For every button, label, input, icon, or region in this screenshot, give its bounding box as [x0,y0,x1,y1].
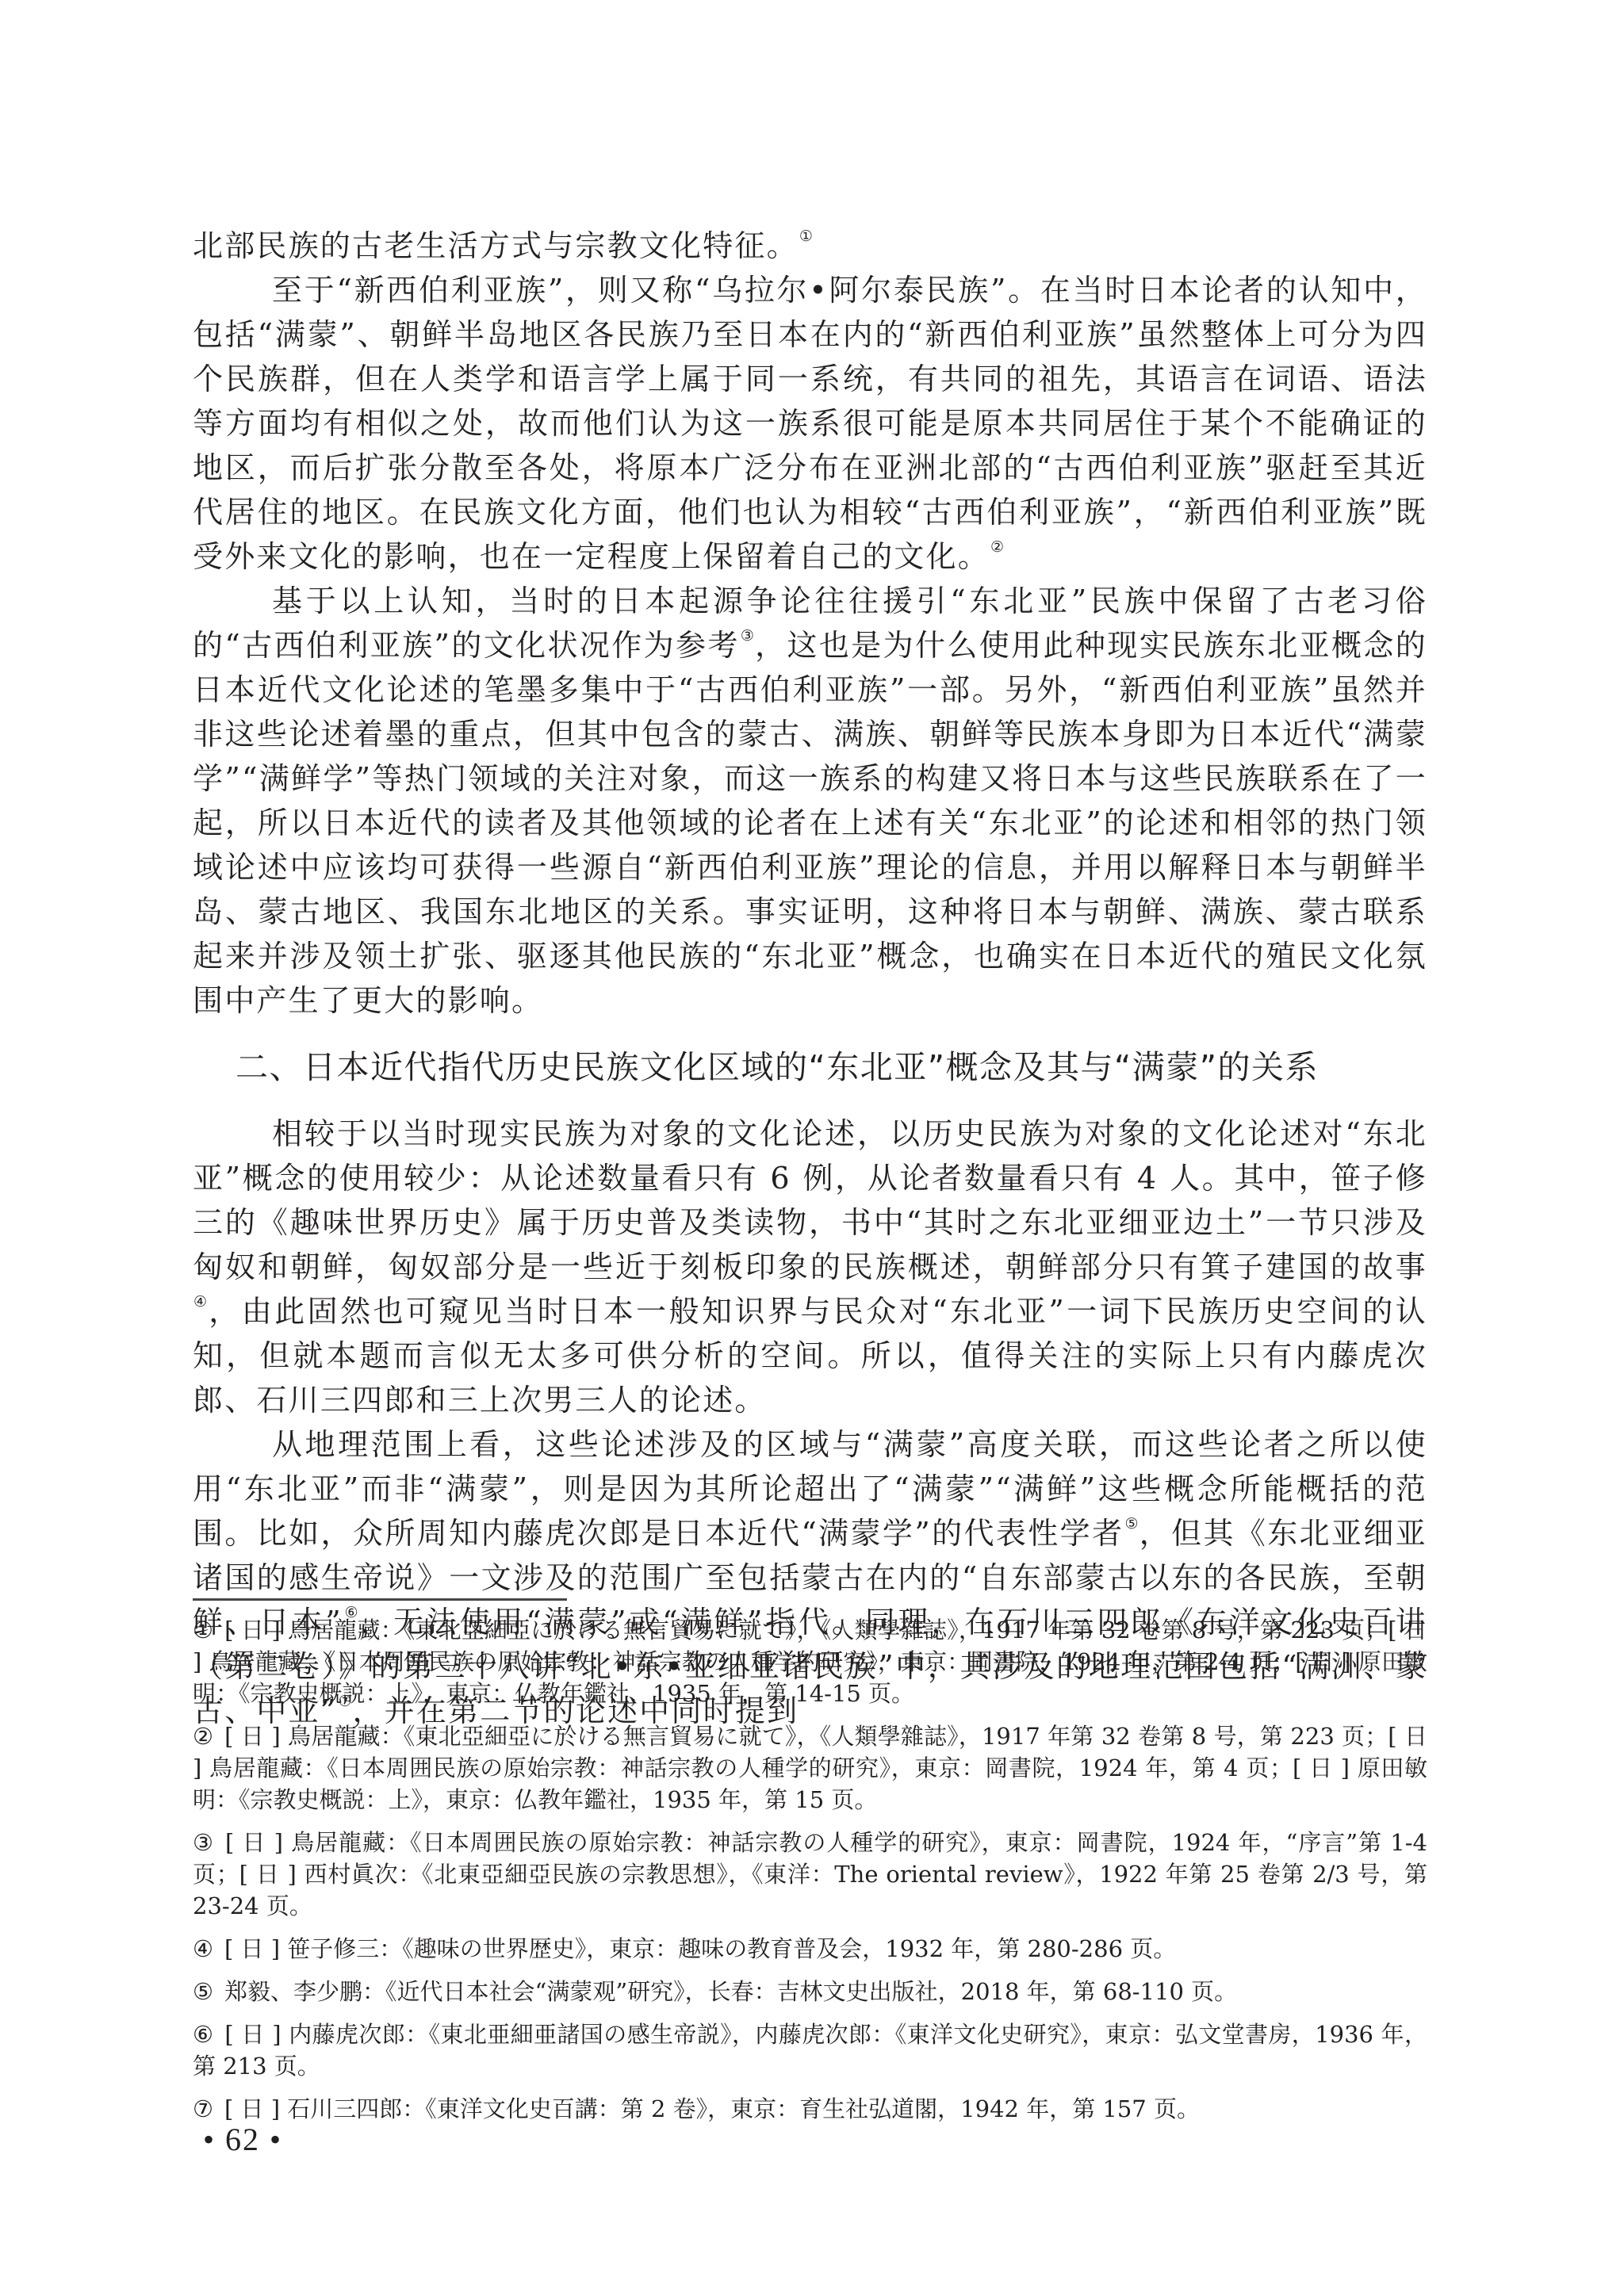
footnote-text: [ 日 ] 笹子修三：《趣味の世界歴史》，東京：趣味の教育普及会，1932 年，… [224,1935,1176,1962]
footnote-ref-4[interactable]: ④ [193,1293,208,1311]
paragraph-text: 至于“新西伯利亚族”，则又称“乌拉尔•阿尔泰民族”。在当时日本论者的认知中，包括… [193,273,1427,574]
paragraph-origin-debate: 基于以上认知，当时的日本起源争论往往援引“东北亚”民族中保留了古老习俗的“古西伯… [193,579,1427,1023]
footnote-ref-1[interactable]: ① [799,228,813,245]
footnote-number: ③ [193,1829,214,1856]
paragraph-text: ，这也是为什么使用此种现实民族东北亚概念的日本近代文化论述的笔墨多集中于“古西伯… [193,628,1427,1018]
footnote-number: ⑤ [193,1978,213,2005]
footnote-ref-3[interactable]: ③ [741,627,754,645]
paragraph-continuation: 北部民族的古老生活方式与宗教文化特征。① [193,224,1427,268]
paragraph-neo-siberian: 至于“新西伯利亚族”，则又称“乌拉尔•阿尔泰民族”。在当时日本论者的认知中，包括… [193,268,1427,579]
article-body: 北部民族的古老生活方式与宗教文化特征。① 至于“新西伯利亚族”，则又称“乌拉尔•… [193,224,1427,1733]
footnote-text: [ 日 ] 鳥居龍藏：《日本周囲民族の原始宗教：神話宗教の人種学的研究》，東京：… [193,1829,1427,1919]
footnote-text: [ 日 ] 鳥居龍藏：《東北亞細亞に於ける無言貿易に就て》，《人類學雜誌》，19… [193,1723,1427,1813]
section-heading: 二、日本近代指代历史民族文化区域的“东北亚”概念及其与“满蒙”的关系 [236,1045,1427,1089]
footnote-number: ⑥ [193,2021,213,2048]
footnote-text: [ 日 ] 鳥居龍藏：《東北亞細亞に於ける無言貿易に就て》，《人類學雜誌》，19… [193,1617,1427,1707]
footnote-6: ⑥[ 日 ] 内藤虎次郎：《東北亜細亜諸国の感生帝説》，内藤虎次郎：《東洋文化史… [193,2019,1427,2082]
paragraph-text: ，由此固然也可窥见当时日本一般知识界与民众对“东北亚”一词下民族历史空间的认知，… [193,1294,1427,1418]
footnote-number: ① [193,1617,213,1644]
paragraph-text: 相较于以当时现实民族为对象的文化论述，以历史民族为对象的文化论述对“东北亚”概念… [193,1116,1427,1284]
footnotes: ①[ 日 ] 鳥居龍藏：《東北亞細亞に於ける無言貿易に就て》，《人類學雜誌》，1… [193,1614,1427,2136]
footnote-separator [193,1598,567,1601]
footnote-number: ② [193,1723,213,1750]
paragraph-historical-peoples: 相较于以当时现实民族为对象的文化论述，以历史民族为对象的文化论述对“东北亚”概念… [193,1112,1427,1422]
footnote-number: ④ [193,1935,213,1962]
footnote-5: ⑤郑毅、李少鹏：《近代日本社会“满蒙观”研究》，长春：吉林文史出版社，2018 … [193,1976,1427,2007]
paragraph-text: 北部民族的古老生活方式与宗教文化特征。 [193,228,799,263]
footnote-3: ③[ 日 ] 鳥居龍藏：《日本周囲民族の原始宗教：神話宗教の人種学的研究》，東京… [193,1827,1427,1922]
footnote-ref-5[interactable]: ⑤ [1124,1515,1138,1533]
page-number: • 62 • [203,2120,282,2160]
footnote-4: ④[ 日 ] 笹子修三：《趣味の世界歴史》，東京：趣味の教育普及会，1932 年… [193,1933,1427,1965]
footnote-number: ⑦ [193,2095,213,2122]
footnote-text: [ 日 ] 石川三四郎：《東洋文化史百講：第 2 卷》，東京：育生社弘道閣，19… [224,2095,1200,2122]
footnote-ref-2[interactable]: ② [990,538,1004,556]
footnote-1: ①[ 日 ] 鳥居龍藏：《東北亞細亞に於ける無言貿易に就て》，《人類學雜誌》，1… [193,1614,1427,1709]
footnote-text: [ 日 ] 内藤虎次郎：《東北亜細亜諸国の感生帝説》，内藤虎次郎：《東洋文化史研… [193,2021,1427,2080]
footnote-7: ⑦[ 日 ] 石川三四郎：《東洋文化史百講：第 2 卷》，東京：育生社弘道閣，1… [193,2093,1427,2125]
footnote-text: 郑毅、李少鹏：《近代日本社会“满蒙观”研究》，长春：吉林文史出版社，2018 年… [224,1978,1237,2005]
footnote-2: ②[ 日 ] 鳥居龍藏：《東北亞細亞に於ける無言貿易に就て》，《人類學雜誌》，1… [193,1720,1427,1816]
